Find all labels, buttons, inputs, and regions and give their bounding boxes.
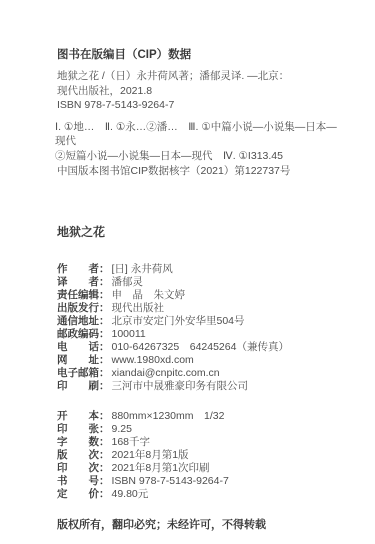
colophon-row-postcode: 邮政编码：100011 [57, 328, 347, 341]
colophon-label: 责任编辑： [57, 289, 110, 301]
spec-label: 书 号： [57, 475, 110, 487]
cip-description-line: 地狱之花 /（日）永井荷风著；潘郁灵译. —北京： [57, 69, 347, 84]
colophon-label: 出版发行： [57, 302, 110, 314]
colophon-row-translator: 译 者：潘郁灵 [57, 276, 347, 289]
colophon-label: 网 址： [57, 354, 110, 366]
cip-classification-line: ②短篇小说—小说集—日本—现代 Ⅳ. ①I313.45 [55, 149, 347, 164]
colophon-value: 申 晶 朱文婷 [112, 289, 186, 301]
spec-row-price: 定 价：49.80元 [57, 488, 347, 501]
spec-value: 2021年8月第1次印刷 [112, 462, 210, 474]
spec-value: 168千字 [112, 436, 151, 448]
cip-classification: Ⅰ. ①地… Ⅱ. ①永…②潘… Ⅲ. ①中篇小说—小说集—日本—现代 ②短篇小… [57, 120, 347, 164]
colophon-row-phone: 电 话：010-64267325 64245264（兼传真） [57, 341, 347, 354]
colophon-row-author: 作 者：[日] 永井荷风 [57, 263, 347, 276]
spec-label: 字 数： [57, 436, 110, 448]
spec-row-wordcount: 字 数：168千字 [57, 436, 347, 449]
cip-heading: 图书在版编目（CIP）数据 [57, 48, 347, 63]
spec-label: 印 张： [57, 423, 110, 435]
colophon-label: 邮政编码： [57, 328, 110, 340]
cip-description-line: 现代出版社，2021.8 [57, 84, 347, 99]
colophon-value: 010-64267325 64245264（兼传真） [112, 341, 289, 353]
cip-classification-line: Ⅰ. ①地… Ⅱ. ①永…②潘… Ⅲ. ①中篇小说—小说集—日本—现代 [55, 120, 347, 149]
spec-value: 9.25 [112, 423, 132, 435]
colophon-value: 100011 [112, 328, 146, 340]
colophon-label: 作 者： [57, 263, 110, 275]
colophon-value: xiandai@cnpitc.com.cn [112, 367, 220, 379]
colophon-value: 北京市安定门外安华里504号 [112, 315, 245, 327]
spec-label: 版 次： [57, 449, 110, 461]
colophon-row-email: 电子邮箱：xiandai@cnpitc.com.cn [57, 367, 347, 380]
colophon-row-publisher: 出版发行：现代出版社 [57, 302, 347, 315]
colophon-value: 潘郁灵 [112, 276, 144, 288]
cip-description-line: ISBN 978-7-5143-9264-7 [57, 98, 347, 113]
spec-label: 定 价： [57, 488, 110, 500]
spec-label: 印 次： [57, 462, 110, 474]
copyright-notice: 版权所有，翻印必究；未经许可，不得转载 [57, 518, 347, 533]
spec-row-format: 开 本：880mm×1230mm 1/32 [57, 410, 347, 423]
spec-value: 49.80元 [112, 488, 149, 500]
colophon-value: www.1980xd.com [112, 354, 194, 366]
colophon-row-website: 网 址：www.1980xd.com [57, 354, 347, 367]
specs-section: 开 本：880mm×1230mm 1/32 印 张：9.25 字 数：168千字… [57, 410, 347, 501]
cip-section: 图书在版编目（CIP）数据 地狱之花 /（日）永井荷风著；潘郁灵译. —北京： … [57, 48, 347, 179]
colophon-value: 三河市中晟雅豪印务有限公司 [112, 380, 249, 392]
colophon-label: 印 刷： [57, 380, 110, 392]
spec-label: 开 本： [57, 410, 110, 422]
colophon-row-address: 通信地址：北京市安定门外安华里504号 [57, 315, 347, 328]
colophon-row-editor: 责任编辑：申 晶 朱文婷 [57, 289, 347, 302]
spec-value: 2021年8月第1版 [112, 449, 189, 461]
colophon-row-printer: 印 刷：三河市中晟雅豪印务有限公司 [57, 380, 347, 393]
colophon-section: 作 者：[日] 永井荷风 译 者：潘郁灵 责任编辑：申 晶 朱文婷 出版发行：现… [57, 263, 347, 393]
colophon-label: 电 话： [57, 341, 110, 353]
spec-row-printing: 印 次：2021年8月第1次印刷 [57, 462, 347, 475]
spec-row-edition: 版 次：2021年8月第1版 [57, 449, 347, 462]
spec-row-sheets: 印 张：9.25 [57, 423, 347, 436]
book-title: 地狱之花 [57, 224, 347, 240]
spec-value: ISBN 978-7-5143-9264-7 [112, 475, 229, 487]
spec-row-isbn: 书 号：ISBN 978-7-5143-9264-7 [57, 475, 347, 488]
copyright-page: 图书在版编目（CIP）数据 地狱之花 /（日）永井荷风著；潘郁灵译. —北京： … [0, 0, 375, 544]
colophon-label: 电子邮箱： [57, 367, 110, 379]
colophon-label: 译 者： [57, 276, 110, 288]
colophon-value: 现代出版社 [112, 302, 165, 314]
colophon-label: 通信地址： [57, 315, 110, 327]
spec-value: 880mm×1230mm 1/32 [112, 410, 225, 422]
colophon-value: [日] 永井荷风 [112, 263, 173, 275]
cip-registration: 中国版本图书馆CIP数据核字（2021）第122737号 [57, 164, 347, 179]
